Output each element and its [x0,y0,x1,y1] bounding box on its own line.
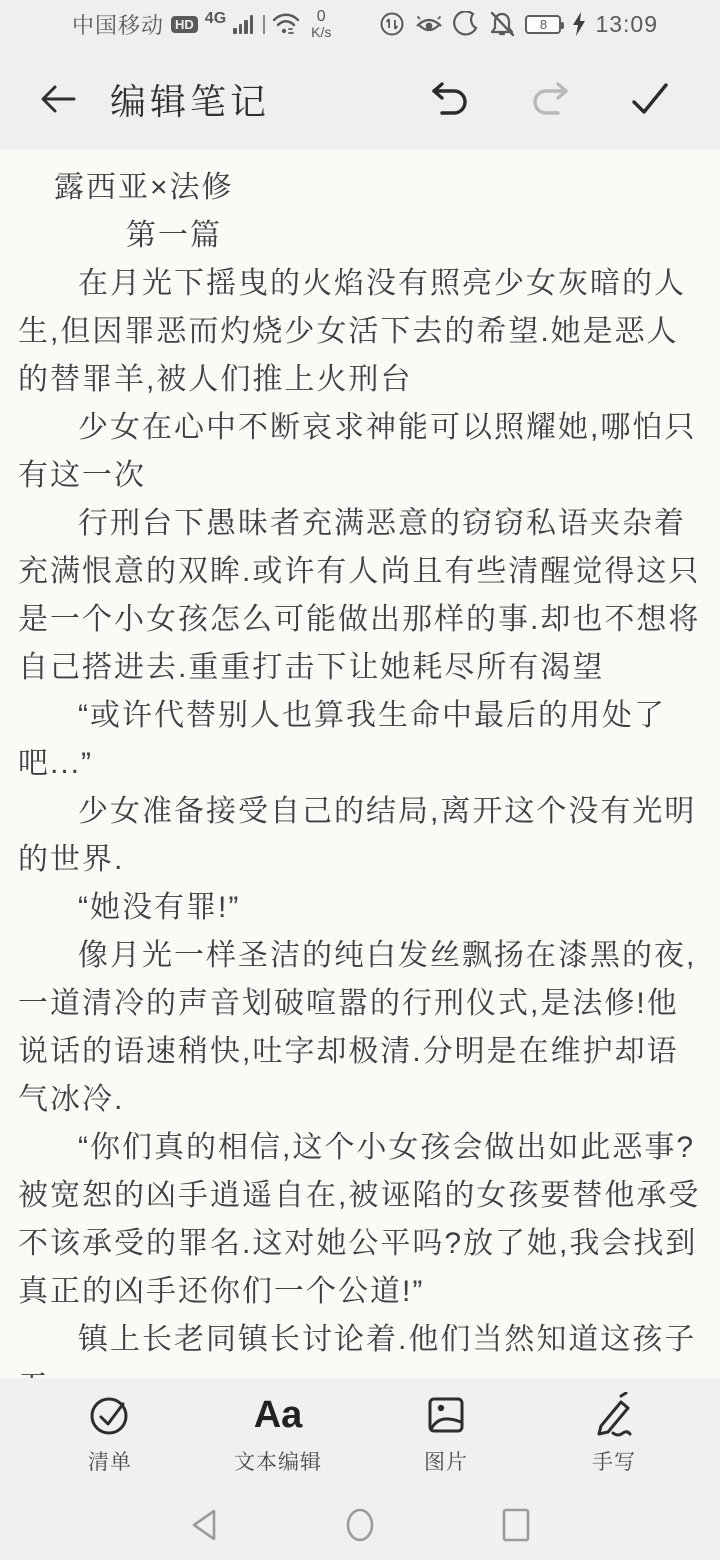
tool-label: 图片 [424,1446,468,1476]
sim-divider-icon [263,15,265,34]
navigation-bar [0,1490,720,1560]
night-mode-icon [453,11,479,37]
checklist-icon [87,1392,133,1438]
nav-recents-icon[interactable] [496,1503,536,1547]
text-edit-icon: Aa [254,1396,303,1434]
redo-button [528,77,572,121]
data-saver-icon [379,11,405,37]
notes-app-screen: 中国移动 HD 4G 0 K/s [0,0,720,1560]
wifi-icon [272,12,300,36]
back-button[interactable] [36,77,80,121]
edit-toolbar: 清单 Aa 文本编辑 图片 手写 [0,1378,720,1490]
note-paragraph: 少女在心中不断哀求神能可以照耀她,哪怕只有这一次 [18,404,702,500]
tool-label: 清单 [88,1446,132,1476]
nav-home-icon[interactable] [340,1503,380,1547]
network-type-label: 4G [205,10,226,28]
battery-level: 8 [540,17,547,32]
signal-strength-icon [233,15,253,34]
network-speed: 0 K/s [311,9,331,39]
tool-label: 手写 [592,1446,636,1476]
clock-label: 13:09 [595,11,658,38]
speed-value: 0 [311,9,331,25]
eye-comfort-icon [414,11,444,37]
confirm-button[interactable] [628,77,672,121]
note-paragraph: 在月光下摇曳的火焰没有照亮少女灰暗的人生,但因罪恶而灼烧少女活下去的希望.她是恶… [18,260,702,404]
handwriting-button[interactable]: 手写 [566,1392,662,1476]
handwriting-icon [591,1392,637,1438]
text-edit-button[interactable]: Aa 文本编辑 [230,1392,326,1476]
note-paragraph: 少女准备接受自己的结局,离开这个没有光明的世界. [18,788,702,884]
note-editor[interactable]: 露西亚×法修 第一篇 在月光下摇曳的火焰没有照亮少女灰暗的人生,但因罪恶而灼烧少… [0,150,720,1378]
checklist-button[interactable]: 清单 [62,1392,158,1476]
note-paragraph: “或许代替别人也算我生命中最后的用处了吧...” [18,692,702,788]
speed-unit: K/s [311,25,331,39]
nav-back-icon[interactable] [184,1503,224,1547]
note-subtitle-line: 第一篇 [18,212,702,260]
charging-icon [572,12,586,36]
note-paragraph: 像月光一样圣洁的纯白发丝飘扬在漆黑的夜,一道清冷的声音划破喧嚣的行刑仪式,是法修… [18,932,702,1124]
carrier-label: 中国移动 [72,9,164,40]
tool-label: 文本编辑 [234,1446,322,1476]
page-title: 编辑笔记 [110,74,270,125]
note-paragraph: “她没有罪!” [18,884,702,932]
note-paragraph: 行刑台下愚昧者充满恶意的窃窃私语夹杂着充满恨意的双眸.或许有人尚且有些清醒觉得这… [18,500,702,692]
hd-volte-icon: HD [171,16,198,33]
image-icon [424,1392,468,1438]
battery-icon: 8 [525,15,561,34]
insert-image-button[interactable]: 图片 [398,1392,494,1476]
status-bar: 中国移动 HD 4G 0 K/s [0,0,720,48]
undo-button[interactable] [428,77,472,121]
app-header: 编辑笔记 [0,48,720,150]
note-title-line: 露西亚×法修 [18,164,702,212]
note-paragraph: “你们真的相信,这个小女孩会做出如此恶事?被宽恕的凶手逍遥自在,被诬陷的女孩要替… [18,1124,702,1316]
mute-icon [488,11,516,37]
note-paragraph: 镇上长老同镇长讨论着.他们当然知道这孩子无 [18,1316,702,1378]
